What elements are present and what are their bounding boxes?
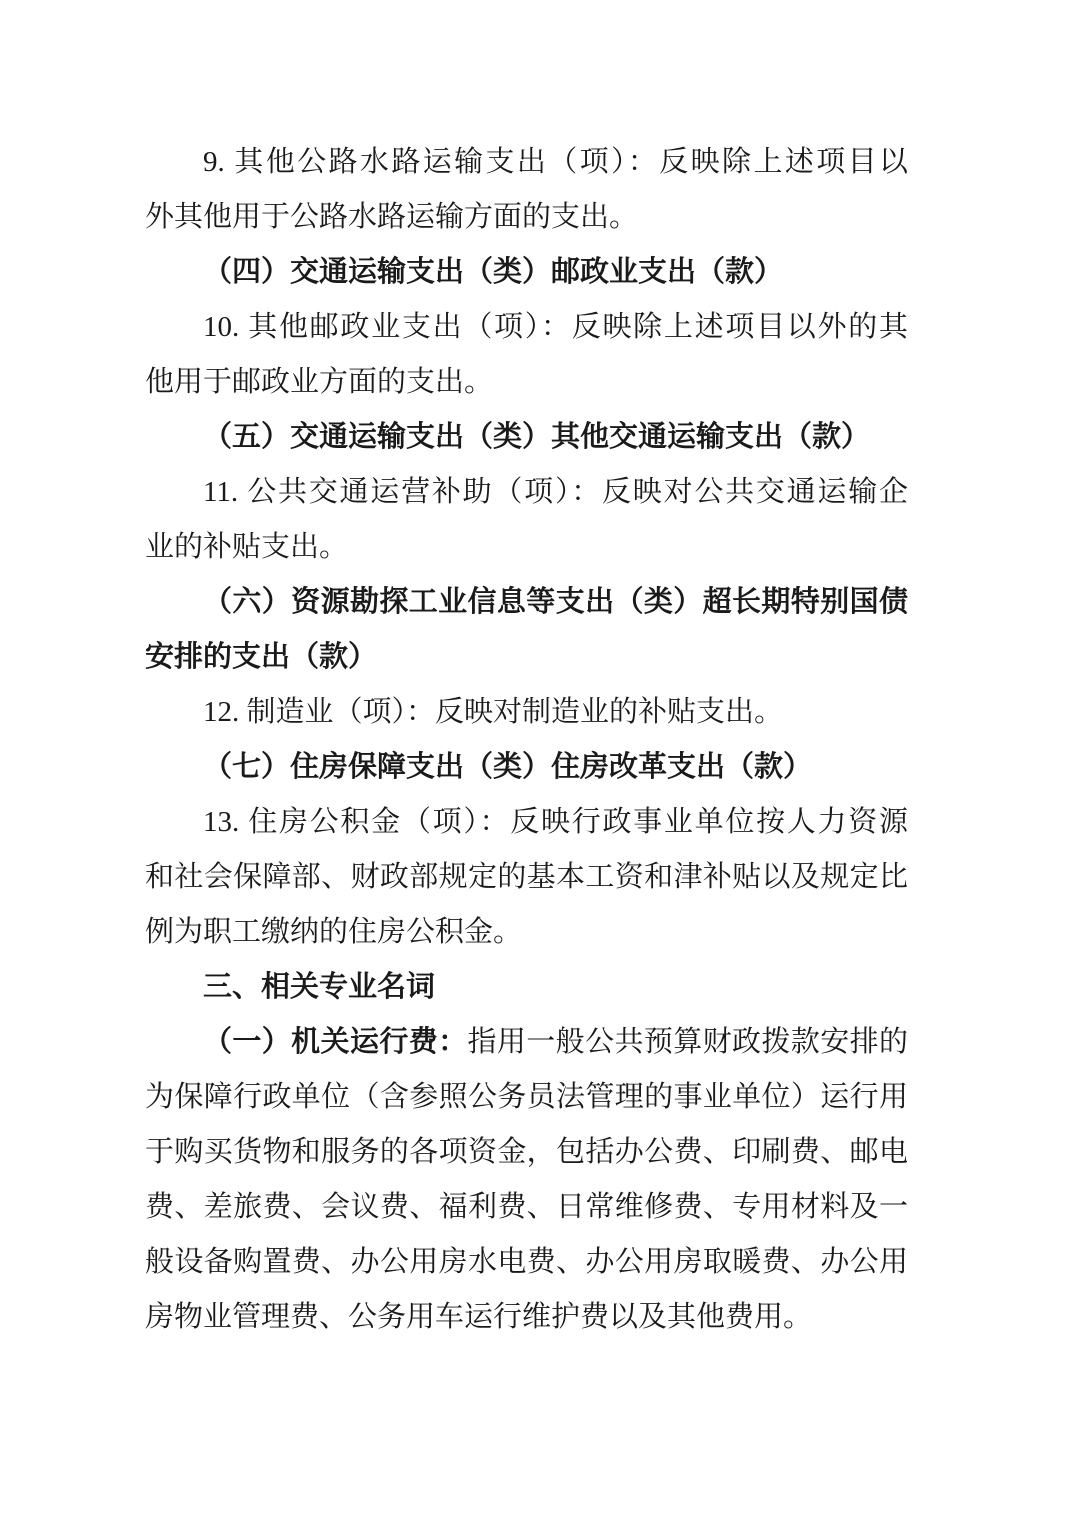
- term-definition-1-line-3: 于购买货物和服务的各项资金，包括办公费、印刷费、邮电: [145, 1125, 908, 1180]
- text-run: （五）交通运输支出（类）其他交通运输支出（款）: [203, 421, 870, 453]
- text-run: 12. 制造业（项）：反映对制造业的补贴支出。: [203, 696, 783, 728]
- term-definition-1-line-5: 般设备购置费、办公用房水电费、办公用房取暖费、办公用: [145, 1235, 908, 1290]
- item-10-line-2: 他用于邮政业方面的支出。: [145, 355, 908, 410]
- term-definition-1-line-1: （一）机关运行费：指用一般公共预算财政拨款安排的: [145, 1015, 908, 1070]
- text-run: 13. 住房公积金（项）：反映行政事业单位按人力资源: [203, 806, 908, 838]
- text-run: （一）机关运行费：: [203, 1026, 468, 1058]
- heading-section-4-line-1: （四）交通运输支出（类）邮政业支出（款）: [145, 245, 908, 300]
- term-definition-1-line-4: 费、差旅费、会议费、福利费、日常维修费、专用材料及一: [145, 1180, 908, 1235]
- text-run: 三、相关专业名词: [203, 971, 435, 1003]
- item-13-line-3: 例为职工缴纳的住房公积金。: [145, 905, 908, 960]
- item-12-line-1: 12. 制造业（项）：反映对制造业的补贴支出。: [145, 685, 908, 740]
- item-11-line-2: 业的补贴支出。: [145, 520, 908, 575]
- document-content: 9. 其他公路水路运输支出（项）：反映除上述项目以外其他用于公路水路运输方面的支…: [145, 135, 908, 1345]
- text-run: 房物业管理费、公务用车运行维护费以及其他费用。: [145, 1301, 812, 1333]
- term-definition-1-line-2: 为保障行政单位（含参照公务员法管理的事业单位）运行用: [145, 1070, 908, 1125]
- item-13-line-1: 13. 住房公积金（项）：反映行政事业单位按人力资源: [145, 795, 908, 850]
- item-9-line-2: 外其他用于公路水路运输方面的支出。: [145, 190, 908, 245]
- text-run: 11. 公共交通运营补助（项）：反映对公共交通运输企: [203, 476, 908, 508]
- text-run: （四）交通运输支出（类）邮政业支出（款）: [203, 256, 783, 288]
- text-run: 他用于邮政业方面的支出。: [145, 366, 493, 398]
- text-run: 例为职工缴纳的住房公积金。: [145, 916, 522, 948]
- text-run: 为保障行政单位（含参照公务员法管理的事业单位）运行用: [145, 1081, 908, 1113]
- item-9-line-1: 9. 其他公路水路运输支出（项）：反映除上述项目以: [145, 135, 908, 190]
- heading-section-7-line-1: （七）住房保障支出（类）住房改革支出（款）: [145, 740, 908, 795]
- text-run: （六）资源勘探工业信息等支出（类）超长期特别国债: [203, 586, 908, 618]
- heading-section-6-line-1: （六）资源勘探工业信息等支出（类）超长期特别国债: [145, 575, 908, 630]
- text-run: 费、差旅费、会议费、福利费、日常维修费、专用材料及一: [145, 1191, 908, 1223]
- item-10-line-1: 10. 其他邮政业支出（项）：反映除上述项目以外的其: [145, 300, 908, 355]
- section-title-3-line-1: 三、相关专业名词: [145, 960, 908, 1015]
- text-run: （七）住房保障支出（类）住房改革支出（款）: [203, 751, 812, 783]
- text-run: 业的补贴支出。: [145, 531, 348, 563]
- heading-section-5-line-1: （五）交通运输支出（类）其他交通运输支出（款）: [145, 410, 908, 465]
- text-run: 10. 其他邮政业支出（项）：反映除上述项目以外的其: [203, 311, 908, 343]
- text-run: 和社会保障部、财政部规定的基本工资和津补贴以及规定比: [145, 861, 908, 893]
- item-11-line-1: 11. 公共交通运营补助（项）：反映对公共交通运输企: [145, 465, 908, 520]
- text-run: 外其他用于公路水路运输方面的支出。: [145, 201, 638, 233]
- text-run: 9. 其他公路水路运输支出（项）：反映除上述项目以: [203, 146, 908, 178]
- text-run: 指用一般公共预算财政拨款安排的: [468, 1026, 908, 1058]
- item-13-line-2: 和社会保障部、财政部规定的基本工资和津补贴以及规定比: [145, 850, 908, 905]
- heading-section-6-line-2: 安排的支出（款）: [145, 630, 908, 685]
- text-run: 安排的支出（款）: [145, 641, 377, 673]
- term-definition-1-line-6: 房物业管理费、公务用车运行维护费以及其他费用。: [145, 1290, 908, 1345]
- document-page: 9. 其他公路水路运输支出（项）：反映除上述项目以外其他用于公路水路运输方面的支…: [0, 0, 1074, 1520]
- text-run: 般设备购置费、办公用房水电费、办公用房取暖费、办公用: [145, 1246, 908, 1278]
- text-run: 于购买货物和服务的各项资金，包括办公费、印刷费、邮电: [145, 1136, 908, 1168]
